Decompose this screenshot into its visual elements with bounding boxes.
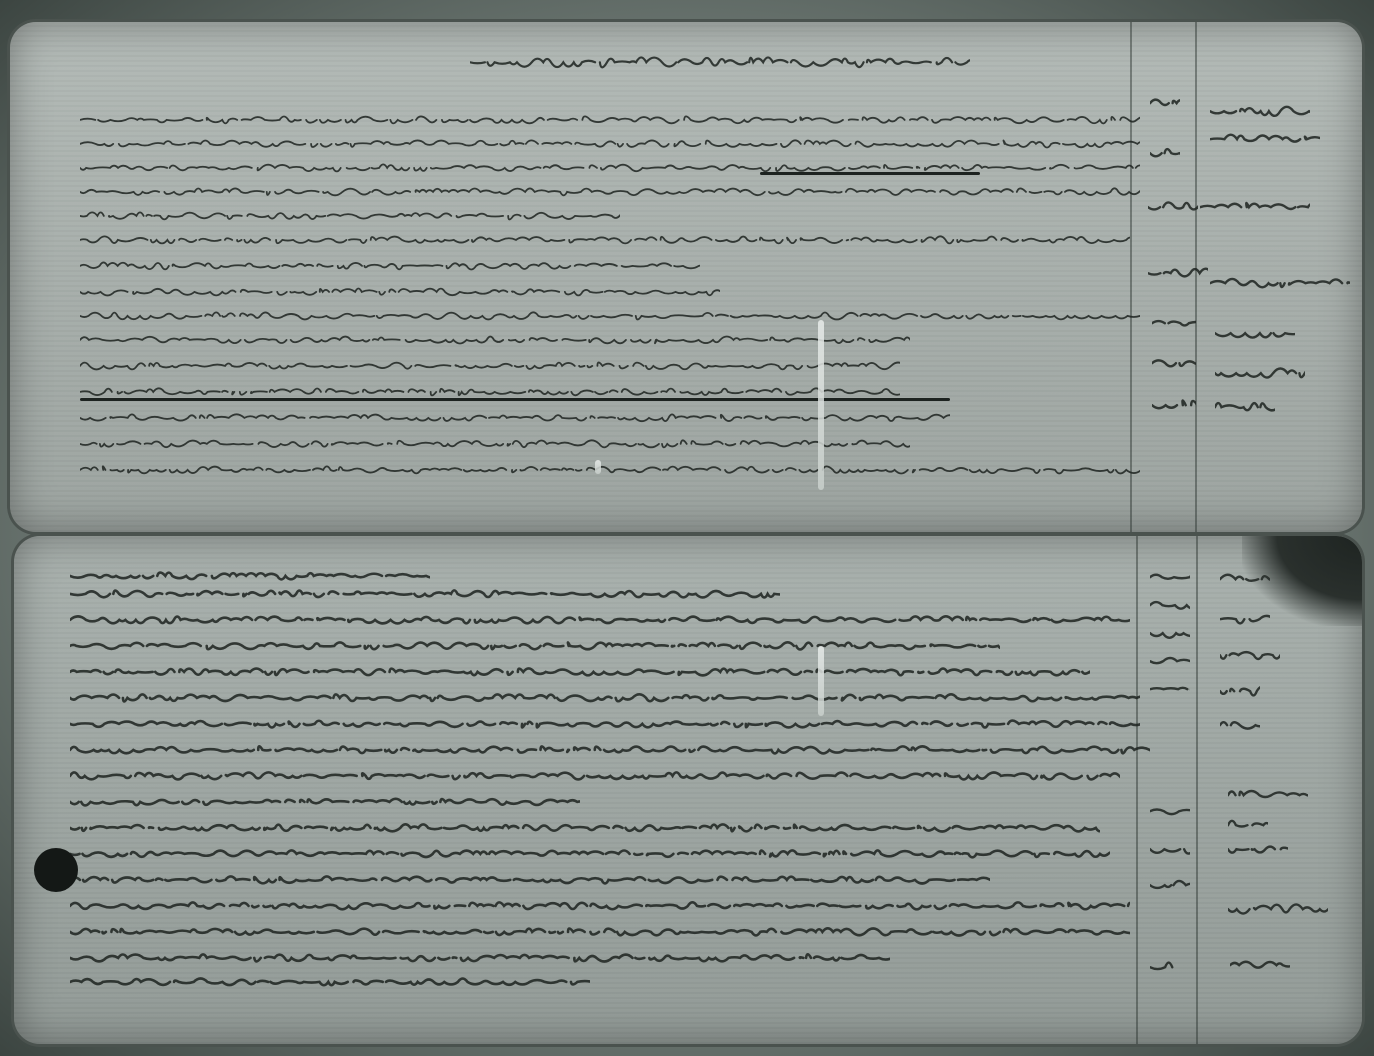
margin-note-col-2 (1220, 642, 1280, 666)
crease-mark (818, 646, 824, 716)
crease-mark (595, 460, 601, 474)
manuscript-leaf-top (10, 22, 1362, 532)
text-line (80, 256, 700, 274)
margin-note-col-1 (1148, 194, 1198, 218)
text-line (80, 306, 1140, 324)
strikethrough-line (760, 172, 980, 175)
text-line (80, 356, 900, 374)
margin-note-col-1 (1152, 350, 1196, 374)
column-rule-2 (1196, 536, 1198, 1044)
margin-note-col-2 (1230, 952, 1290, 976)
margin-note-col-1 (1150, 592, 1190, 616)
margin-note-col-1 (1150, 620, 1190, 644)
margin-note-col-1 (1150, 648, 1190, 672)
text-line (80, 206, 620, 224)
text-line (80, 460, 1140, 478)
margin-note-col-2 (1228, 896, 1328, 920)
leaf-heading-line (470, 48, 970, 74)
text-line (70, 948, 890, 966)
ink-blot (34, 848, 78, 892)
margin-note-col-2 (1210, 126, 1320, 150)
text-line (80, 330, 910, 348)
text-line (70, 922, 1130, 940)
margin-note-col-1 (1152, 310, 1196, 334)
text-line (80, 134, 1140, 152)
margin-note-col-2 (1220, 712, 1260, 736)
margin-note-col-1 (1150, 676, 1190, 700)
margin-note-col-1 (1150, 140, 1180, 164)
margin-note-col-2 (1210, 270, 1350, 294)
text-line (80, 282, 720, 300)
text-line (70, 972, 590, 990)
text-line (70, 740, 1150, 758)
margin-note-col-2 (1200, 194, 1310, 218)
margin-note-col-1 (1150, 798, 1190, 822)
margin-note-col-2 (1215, 394, 1275, 418)
text-line (80, 158, 1140, 176)
manuscript-leaf-bottom (14, 536, 1362, 1044)
margin-note-col-2 (1228, 812, 1268, 836)
margin-note-col-2 (1228, 782, 1308, 806)
margin-note-col-1 (1152, 392, 1196, 416)
text-line (80, 434, 910, 452)
text-line (70, 896, 1130, 914)
margin-note-col-1 (1148, 260, 1208, 284)
column-rule-1 (1136, 536, 1138, 1044)
margin-note-col-1 (1150, 90, 1180, 114)
text-line (80, 230, 1130, 248)
margin-note-col-2 (1215, 360, 1305, 384)
manuscript-photograph: Burmese (handwritten) [illegible handwri… (0, 0, 1374, 1056)
text-line (70, 610, 1130, 628)
margin-note-col-2 (1220, 566, 1270, 590)
margin-note-col-2 (1215, 320, 1295, 344)
margin-note-col-2 (1228, 836, 1288, 860)
margin-note-col-2 (1220, 678, 1260, 702)
margin-note-col-1 (1150, 872, 1190, 896)
text-line (70, 584, 780, 602)
text-line (70, 844, 1110, 862)
text-line (70, 662, 1090, 680)
text-line (70, 636, 1000, 654)
text-line (70, 792, 580, 810)
margin-note-col-1 (1150, 954, 1174, 978)
text-line (70, 766, 1120, 784)
text-line (80, 182, 1140, 200)
margin-note-col-2 (1210, 98, 1310, 122)
text-line (70, 714, 1140, 732)
column-rule-1 (1130, 22, 1132, 532)
text-line (70, 566, 430, 584)
text-line (70, 870, 990, 888)
margin-note-col-1 (1150, 564, 1190, 588)
text-line (80, 110, 1140, 128)
text-line (70, 818, 1100, 836)
text-line (70, 688, 1140, 706)
margin-note-col-2 (1220, 606, 1270, 630)
margin-note-col-1 (1150, 836, 1190, 860)
crease-mark (818, 320, 824, 490)
